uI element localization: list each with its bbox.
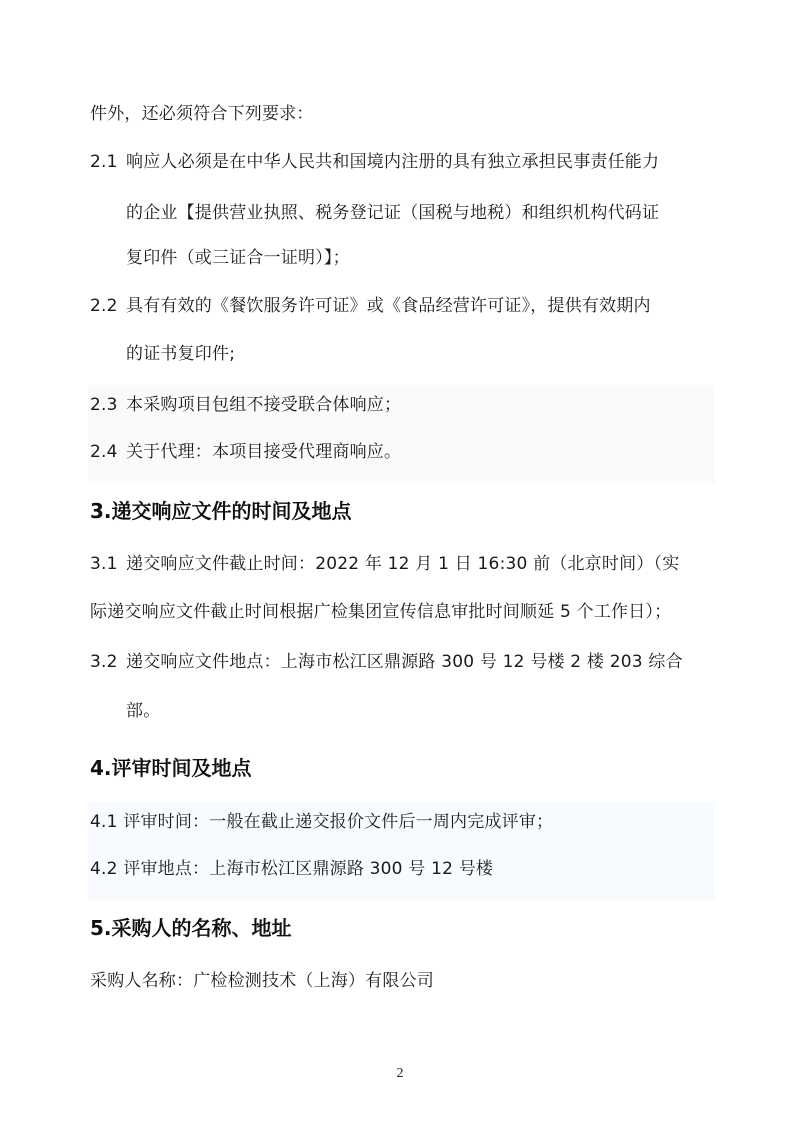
item-3-2-line-2: 部。 [126,699,160,723]
item-3-1-line-2: 际递交响应文件截止时间根据广检集团宣传信息审批时间顺延 5 个工作日）； [90,600,671,624]
purchaser-name: 采购人名称：广检检测技术（上海）有限公司 [90,969,434,993]
item-text: 递交响应文件截止时间：2022 年 12 月 1 日 16:30 前（北京时间）… [126,554,679,574]
item-2-1-line-2: 的企业【提供营业执照、税务登记证（国税与地税）和组织机构代码证 [126,201,659,225]
item-text: 具有有效的《餐饮服务许可证》或《食品经营许可证》，提供有效期内 [126,296,651,316]
section-3-heading: 3.递交响应文件的时间及地点 [90,497,352,525]
item-number: 3.1 [90,552,126,576]
section-5-heading: 5.采购人的名称、地址 [90,914,292,942]
item-2-2-line-1: 2.2具有有效的《餐饮服务许可证》或《食品经营许可证》，提供有效期内 [90,294,651,318]
item-text: 递交响应文件地点：上海市松江区鼎源路 300 号 12 号楼 2 楼 203 综… [126,652,683,672]
item-number: 2.3 [90,393,126,417]
item-text: 本采购项目包组不接受联合体响应； [126,395,401,415]
item-text: 关于代理：本项目接受代理商响应。 [126,442,401,462]
item-number: 3.2 [90,650,126,674]
item-2-1-line-1: 2.1响应人必须是在中华人民共和国境内注册的具有独立承担民事责任能力 [90,150,659,174]
item-4-1: 4.1 评审时间：一般在截止递交报价文件后一周内完成评审； [90,810,553,834]
item-3-1-line-1: 3.1递交响应文件截止时间：2022 年 12 月 1 日 16:30 前（北京… [90,552,679,576]
item-text: 响应人必须是在中华人民共和国境内注册的具有独立承担民事责任能力 [126,152,659,172]
item-number: 2.2 [90,294,126,318]
item-2-2-line-2: 的证书复印件; [126,342,235,366]
item-2-4: 2.4关于代理：本项目接受代理商响应。 [90,440,401,464]
item-2-3: 2.3本采购项目包组不接受联合体响应； [90,393,401,417]
item-3-2-line-1: 3.2递交响应文件地点：上海市松江区鼎源路 300 号 12 号楼 2 楼 20… [90,650,683,674]
item-2-1-line-3: 复印件（或三证合一证明）】； [126,246,350,270]
section-4-heading: 4.评审时间及地点 [90,754,252,782]
item-number: 2.1 [90,150,126,174]
item-4-2: 4.2 评审地点：上海市松江区鼎源路 300 号 12 号楼 [90,857,493,881]
item-number: 2.4 [90,440,126,464]
page-number: 2 [0,1066,800,1082]
continuation-line: 件外，还必须符合下列要求： [90,102,314,126]
document-page: 件外，还必须符合下列要求： 2.1响应人必须是在中华人民共和国境内注册的具有独立… [0,0,800,1131]
